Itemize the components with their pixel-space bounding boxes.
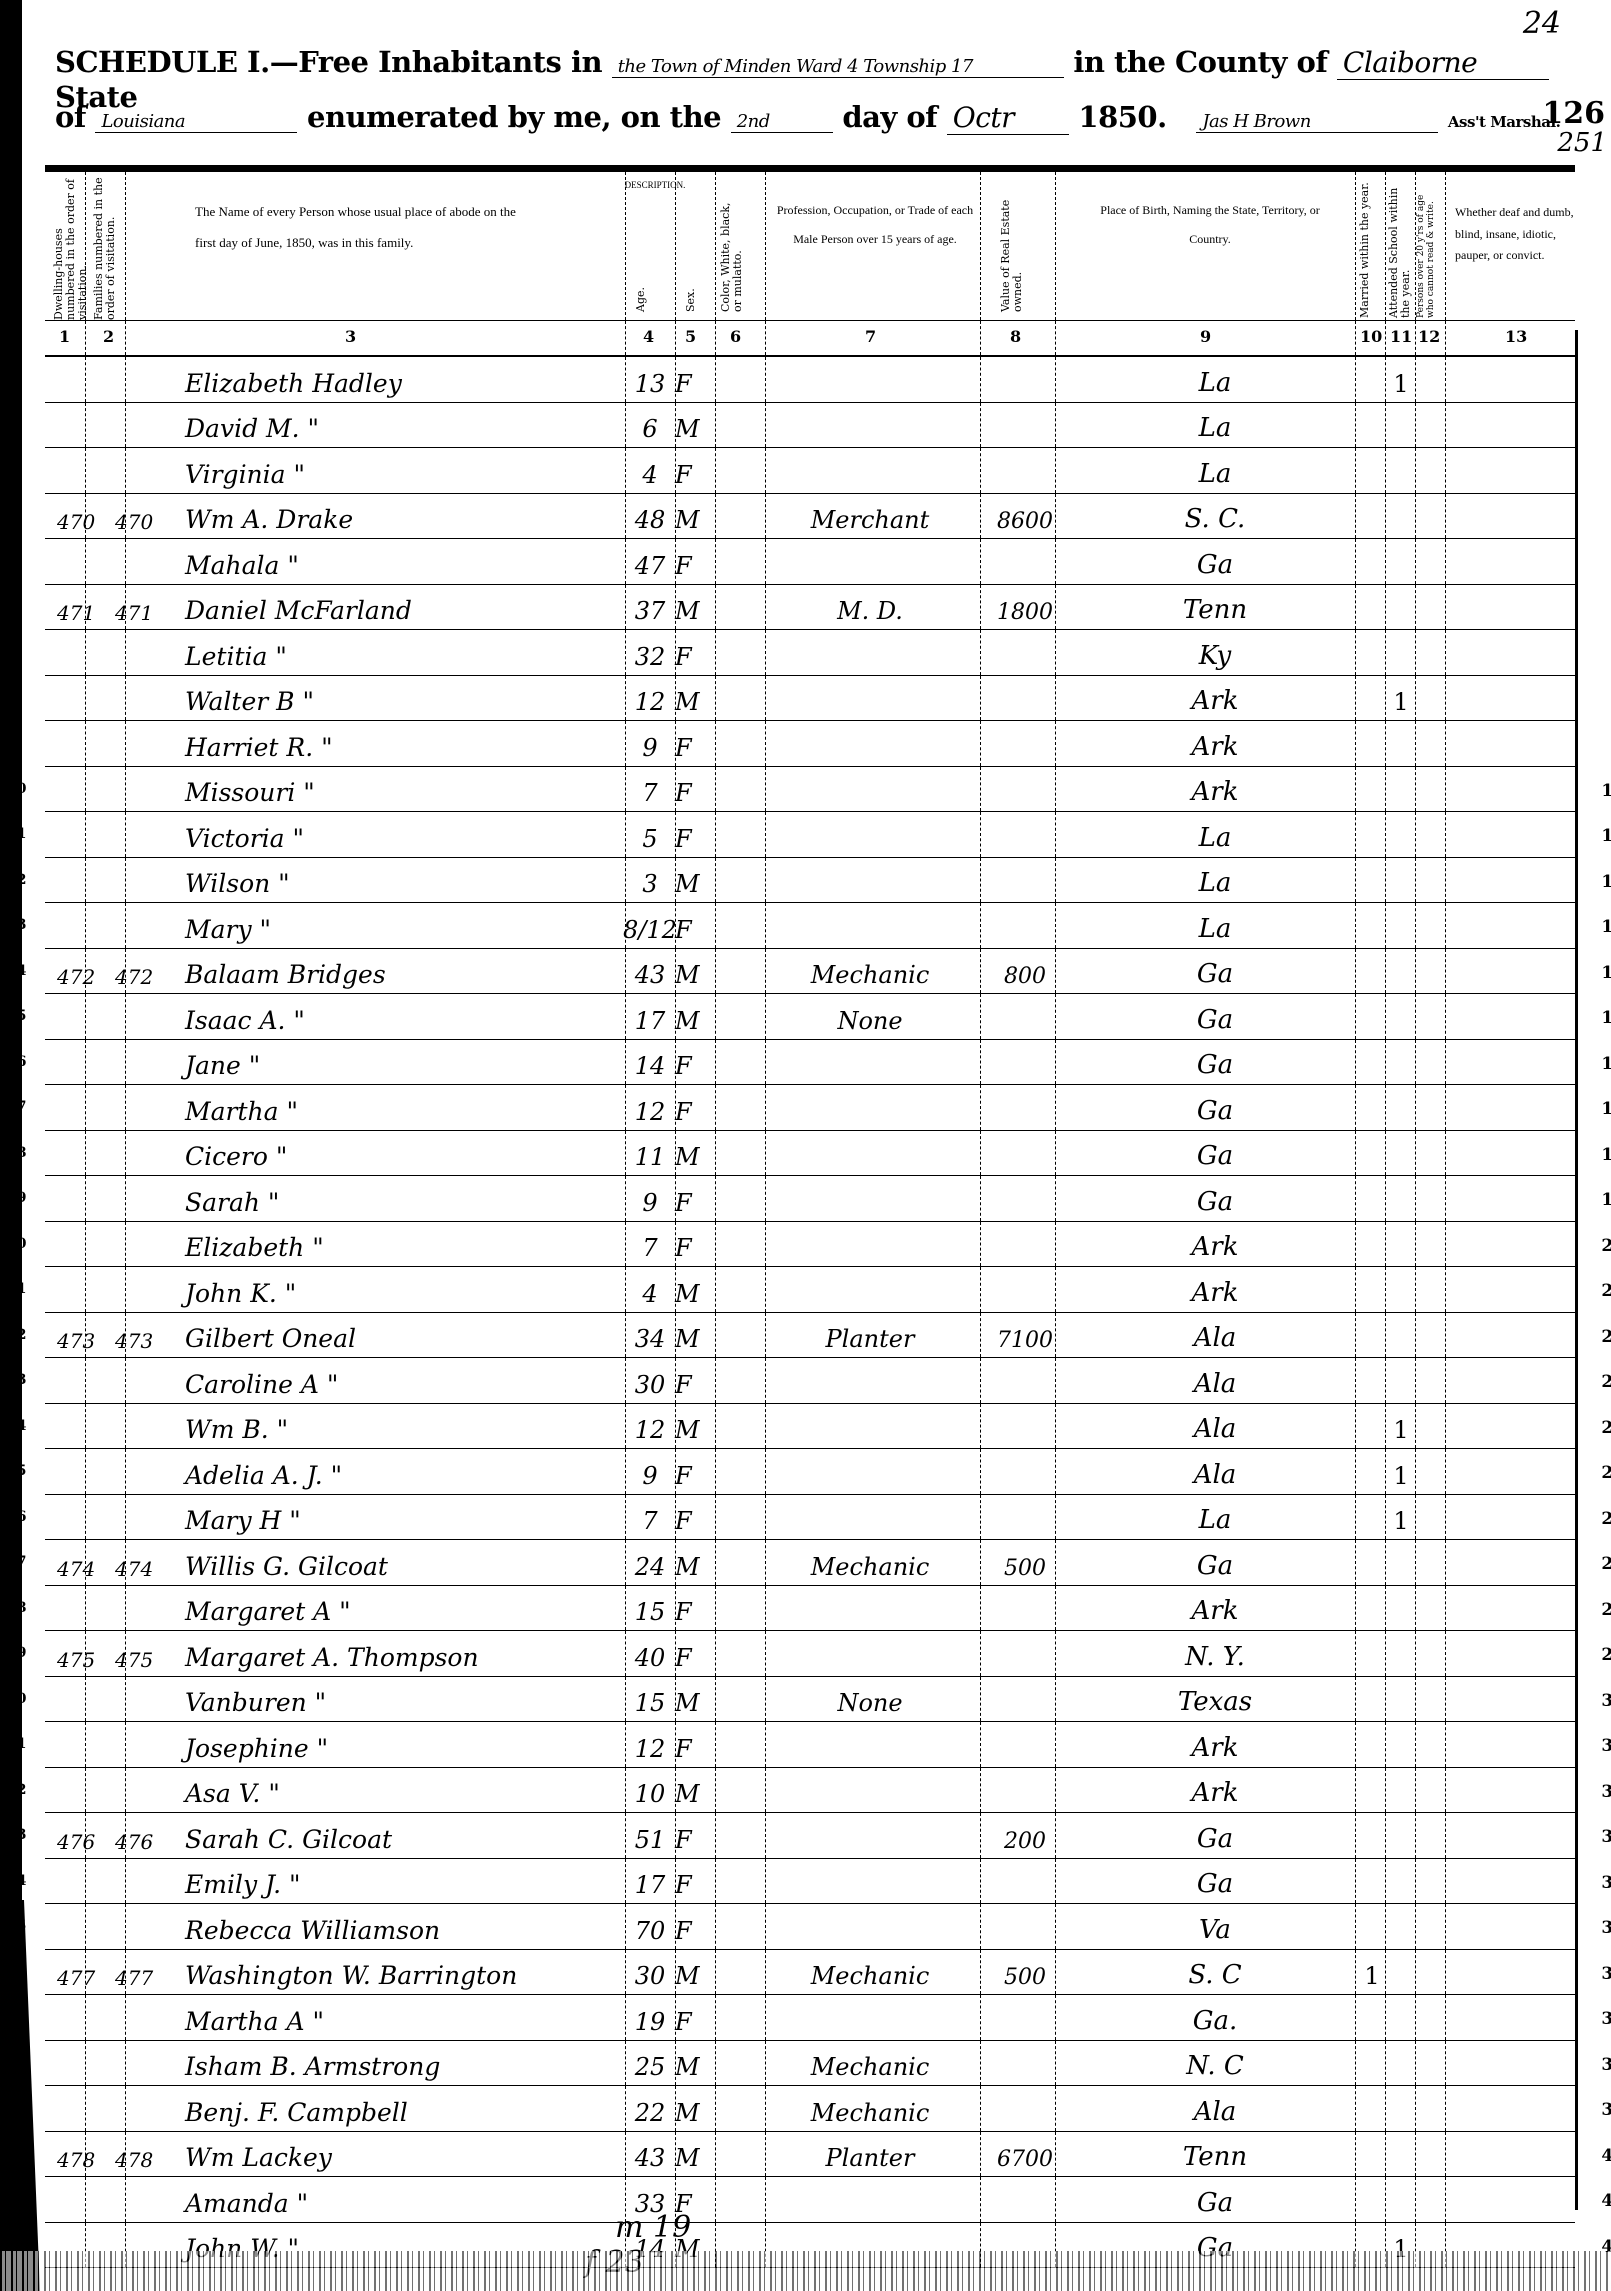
line-number-right: 28	[1601, 1600, 1611, 1620]
line-number-left: 30	[7, 1691, 26, 1707]
dwelling-number: 472	[57, 949, 117, 994]
color	[725, 1859, 765, 1904]
family-number	[115, 1222, 175, 1267]
occupation	[765, 812, 975, 857]
cannot-read-write	[1415, 2132, 1445, 2177]
line-number-right: 27	[1601, 1554, 1611, 1574]
dwelling-number	[57, 630, 117, 675]
condition	[1445, 1449, 1575, 1494]
married-within-year	[1357, 403, 1387, 448]
sex: M	[675, 1267, 725, 1312]
line-number-left: 8	[7, 690, 17, 706]
birthplace: Ga	[1075, 1540, 1355, 1585]
condition	[1445, 1267, 1575, 1312]
birthplace: Ark	[1075, 1267, 1355, 1312]
occupation: Mechanic	[765, 1540, 975, 1585]
birthplace: Ga	[1075, 1813, 1355, 1858]
real-estate-value	[975, 357, 1075, 402]
dwelling-number	[57, 1085, 117, 1130]
occupation: Planter	[765, 2132, 975, 2177]
color	[725, 1950, 765, 1995]
person-name: Amanda "	[185, 2177, 625, 2222]
line-number-right: 26	[1601, 1509, 1611, 1529]
birthplace: Tenn	[1075, 585, 1355, 630]
age: 9	[625, 1449, 675, 1494]
family-number	[115, 2086, 175, 2131]
color	[725, 1404, 765, 1449]
color	[725, 448, 765, 493]
table-row: 2929475475Margaret A. Thompson40FN. Y.	[45, 1631, 1575, 1677]
person-name: Cicero "	[185, 1131, 625, 1176]
marshal-field: Jas H Brown	[1196, 111, 1438, 133]
dwelling-number	[57, 357, 117, 402]
occupation	[765, 403, 975, 448]
person-name: John K. "	[185, 1267, 625, 1312]
occupation	[765, 1040, 975, 1085]
condition	[1445, 1995, 1575, 2040]
line-number-left: 26	[7, 1509, 26, 1525]
attended-school	[1387, 1085, 1415, 1130]
column-number: 7	[865, 327, 876, 346]
column-number: 11	[1390, 327, 1412, 346]
condition	[1445, 1631, 1575, 1676]
family-number: 476	[115, 1813, 175, 1858]
table-row: 77Letitia "32FKy	[45, 630, 1575, 676]
age: 17	[625, 994, 675, 1039]
married-within-year	[1357, 2086, 1387, 2131]
real-estate-value	[975, 1449, 1075, 1494]
line-number-left: 27	[7, 1554, 26, 1570]
age: 24	[625, 1540, 675, 1585]
sex: F	[675, 903, 725, 948]
attended-school	[1387, 2177, 1415, 2222]
table-row: 1919Sarah "9FGa	[45, 1176, 1575, 1222]
occupation	[765, 448, 975, 493]
attended-school	[1387, 1313, 1415, 1358]
color	[725, 494, 765, 539]
occupation	[765, 1586, 975, 1631]
attended-school	[1387, 494, 1415, 539]
birthplace: Ga	[1075, 949, 1355, 994]
age: 30	[625, 1950, 675, 1995]
birthplace: Ala	[1075, 1404, 1355, 1449]
family-number	[115, 1358, 175, 1403]
line-number-right: 20	[1601, 1236, 1611, 1256]
person-name: Josephine "	[185, 1722, 625, 1767]
sex: M	[675, 403, 725, 448]
birthplace: Ark	[1075, 767, 1355, 812]
age: 8/12	[625, 903, 675, 948]
cannot-read-write	[1415, 1950, 1445, 1995]
line-number-left: 11	[7, 826, 26, 842]
line-number-left: 5	[7, 553, 17, 569]
column-number: 8	[1010, 327, 1021, 346]
attended-school	[1387, 1586, 1415, 1631]
cannot-read-write	[1415, 812, 1445, 857]
dwelling-number: 470	[57, 494, 117, 539]
family-number	[115, 1859, 175, 1904]
person-name: Missouri "	[185, 767, 625, 812]
birthplace: Va	[1075, 1904, 1355, 1949]
table-row: 1818Cicero "11MGa	[45, 1131, 1575, 1177]
cannot-read-write	[1415, 448, 1445, 493]
married-within-year	[1357, 1267, 1387, 1312]
family-number	[115, 1404, 175, 1449]
married-within-year	[1357, 1859, 1387, 1904]
age: 7	[625, 767, 675, 812]
color	[725, 1813, 765, 1858]
birthplace: Ark	[1075, 1222, 1355, 1267]
person-name: Elizabeth Hadley	[185, 357, 625, 402]
condition	[1445, 903, 1575, 948]
occupation	[765, 1859, 975, 1904]
condition	[1445, 585, 1575, 630]
real-estate-value	[975, 767, 1075, 812]
real-estate-value: 1800	[975, 585, 1075, 630]
age: 5	[625, 812, 675, 857]
corner-mark: 24	[1523, 6, 1561, 41]
occupation	[765, 858, 975, 903]
color	[725, 2132, 765, 2177]
attended-school	[1387, 1267, 1415, 1312]
cannot-read-write	[1415, 1495, 1445, 1540]
person-name: David M. "	[185, 403, 625, 448]
line-number-right: 32	[1601, 1782, 1611, 1802]
cannot-read-write	[1415, 1222, 1445, 1267]
condition	[1445, 949, 1575, 994]
condition	[1445, 1313, 1575, 1358]
real-estate-value	[975, 812, 1075, 857]
month-field: Octr	[947, 101, 1069, 135]
dwelling-number	[57, 1586, 117, 1631]
sex: F	[675, 1722, 725, 1767]
condition	[1445, 1859, 1575, 1904]
condition	[1445, 539, 1575, 584]
age: 11	[625, 1131, 675, 1176]
real-estate-value: 7100	[975, 1313, 1075, 1358]
condition	[1445, 767, 1575, 812]
column-number: 6	[730, 327, 741, 346]
line-number-right: 21	[1601, 1281, 1611, 1301]
person-name: Wm B. "	[185, 1404, 625, 1449]
birthplace: Ga	[1075, 1859, 1355, 1904]
line-number-left: 39	[7, 2100, 26, 2116]
dwelling-number	[57, 903, 117, 948]
real-estate-value	[975, 1358, 1075, 1403]
line-number-left: 10	[7, 781, 26, 797]
family-number: 474	[115, 1540, 175, 1585]
sex: M	[675, 494, 725, 539]
real-estate-value	[975, 1131, 1075, 1176]
real-estate-value	[975, 1085, 1075, 1130]
condition	[1445, 1677, 1575, 1722]
family-number	[115, 1449, 175, 1494]
condition	[1445, 812, 1575, 857]
real-estate-value	[975, 1222, 1075, 1267]
sex: M	[675, 1131, 725, 1176]
occupation: M. D.	[765, 585, 975, 630]
page-number-handwritten: 251	[1557, 128, 1607, 158]
color	[725, 2041, 765, 2086]
dwelling-number	[57, 1677, 117, 1722]
attended-school	[1387, 1813, 1415, 1858]
age: 43	[625, 949, 675, 994]
attended-school	[1387, 1995, 1415, 2040]
color	[725, 858, 765, 903]
age: 48	[625, 494, 675, 539]
person-name: Wm Lackey	[185, 2132, 625, 2177]
table-row: 44470470Wm A. Drake48MMerchant8600S. C.	[45, 494, 1575, 540]
married-within-year	[1357, 1404, 1387, 1449]
age: 40	[625, 1631, 675, 1676]
married-within-year	[1357, 1222, 1387, 1267]
sex: F	[675, 1859, 725, 1904]
line-number-right: 22	[1601, 1327, 1611, 1347]
table-row: 3232Asa V. "10MArk	[45, 1768, 1575, 1814]
real-estate-value: 500	[975, 1950, 1075, 1995]
condition	[1445, 1358, 1575, 1403]
person-name: Virginia "	[185, 448, 625, 493]
dwelling-number	[57, 1040, 117, 1085]
sex: M	[675, 2132, 725, 2177]
age: 12	[625, 1404, 675, 1449]
sex: M	[675, 2041, 725, 2086]
birthplace: Ga	[1075, 1085, 1355, 1130]
color	[725, 1040, 765, 1085]
line-number-right: 37	[1601, 2009, 1611, 2029]
table-row: 11Elizabeth Hadley13FLa1	[45, 357, 1575, 403]
person-name: Elizabeth "	[185, 1222, 625, 1267]
line-number-left: 36	[7, 1964, 26, 1980]
occupation	[765, 1722, 975, 1767]
person-name: Asa V. "	[185, 1768, 625, 1813]
condition	[1445, 357, 1575, 402]
real-estate-value	[975, 1267, 1075, 1312]
page-number-stamp: 126	[1542, 96, 1605, 131]
birthplace: La	[1075, 1495, 1355, 1540]
condition	[1445, 1950, 1575, 1995]
person-name: Balaam Bridges	[185, 949, 625, 994]
family-number	[115, 994, 175, 1039]
birthplace: Ark	[1075, 1722, 1355, 1767]
line-number-left: 2	[7, 417, 17, 433]
married-within-year	[1357, 2041, 1387, 2086]
family-number: 470	[115, 494, 175, 539]
sex: F	[675, 1586, 725, 1631]
occupation: None	[765, 994, 975, 1039]
dwelling-number	[57, 721, 117, 766]
age: 19	[625, 1995, 675, 2040]
color	[725, 357, 765, 402]
line-number-right: 38	[1601, 2055, 1611, 2075]
attended-school: 1	[1387, 1404, 1415, 1449]
attended-school	[1387, 448, 1415, 493]
attended-school: 1	[1387, 676, 1415, 721]
attended-school	[1387, 812, 1415, 857]
real-estate-value	[975, 448, 1075, 493]
real-estate-value	[975, 2177, 1075, 2222]
dwelling-number: 471	[57, 585, 117, 630]
sex: F	[675, 1995, 725, 2040]
family-number	[115, 1495, 175, 1540]
column-number: 4	[643, 327, 654, 346]
table-row: 2525Adelia A. J. "9FAla1	[45, 1449, 1575, 1495]
cannot-read-write	[1415, 2041, 1445, 2086]
person-name: Sarah "	[185, 1176, 625, 1221]
condition	[1445, 721, 1575, 766]
family-number	[115, 1040, 175, 1085]
table-row: 22David M. "6MLa	[45, 403, 1575, 449]
person-name: Vanburen "	[185, 1677, 625, 1722]
birthplace: Ky	[1075, 630, 1355, 675]
line-number-left: 22	[7, 1327, 26, 1343]
line-number-left: 13	[7, 917, 26, 933]
color	[725, 812, 765, 857]
line-number-right: 41	[1601, 2191, 1611, 2211]
line-number-left: 17	[7, 1099, 26, 1115]
line-number-left: 1	[7, 371, 17, 387]
col-color-header: Color, White, black, or mulatto.	[720, 192, 760, 312]
color	[725, 676, 765, 721]
real-estate-value	[975, 721, 1075, 766]
column-number: 3	[345, 327, 356, 346]
color	[725, 1904, 765, 1949]
sex: F	[675, 1449, 725, 1494]
family-number: 475	[115, 1631, 175, 1676]
attended-school: 1	[1387, 357, 1415, 402]
age: 7	[625, 1495, 675, 1540]
family-number	[115, 721, 175, 766]
line-number-left: 7	[7, 644, 17, 660]
family-number	[115, 676, 175, 721]
age: 70	[625, 1904, 675, 1949]
married-within-year	[1357, 1085, 1387, 1130]
occupation	[765, 1267, 975, 1312]
person-name: Daniel McFarland	[185, 585, 625, 630]
birthplace: Tenn	[1075, 2132, 1355, 2177]
color	[725, 903, 765, 948]
real-estate-value	[975, 903, 1075, 948]
occupation	[765, 1995, 975, 2040]
line-number-left: 19	[7, 1190, 26, 1206]
col-dwelling-header: Dwelling-houses numbered in the order of…	[53, 172, 81, 320]
occupation	[765, 1813, 975, 1858]
line-number-right: 10	[1601, 781, 1611, 801]
attended-school	[1387, 1358, 1415, 1403]
line-number-left: 4	[7, 508, 17, 524]
married-within-year	[1357, 812, 1387, 857]
age: 10	[625, 1768, 675, 1813]
age: 34	[625, 1313, 675, 1358]
married-within-year	[1357, 357, 1387, 402]
person-name: Margaret A. Thompson	[185, 1631, 625, 1676]
cannot-read-write	[1415, 858, 1445, 903]
table-row: 1414472472Balaam Bridges43MMechanic800Ga	[45, 949, 1575, 995]
state-field: Louisiana	[95, 111, 297, 133]
birthplace: Ark	[1075, 676, 1355, 721]
dwelling-number	[57, 2177, 117, 2222]
line-number-left: 31	[7, 1736, 26, 1752]
person-name: Harriet R. "	[185, 721, 625, 766]
col-age-header: Age.	[635, 252, 655, 312]
age: 25	[625, 2041, 675, 2086]
occupation	[765, 1222, 975, 1267]
sex: F	[675, 357, 725, 402]
table-row: 4040478478Wm Lackey43MPlanter6700Tenn	[45, 2132, 1575, 2178]
birthplace: La	[1075, 357, 1355, 402]
dwelling-number: 476	[57, 1813, 117, 1858]
real-estate-value	[975, 1176, 1075, 1221]
color	[725, 1085, 765, 1130]
sex: F	[675, 1040, 725, 1085]
color	[725, 767, 765, 812]
line-number-left: 3	[7, 462, 17, 478]
cannot-read-write	[1415, 1722, 1445, 1767]
cannot-read-write	[1415, 949, 1445, 994]
birthplace: Ga.	[1075, 1995, 1355, 2040]
color	[725, 585, 765, 630]
married-within-year	[1357, 2132, 1387, 2177]
person-name: Gilbert Oneal	[185, 1313, 625, 1358]
real-estate-value	[975, 1722, 1075, 1767]
occupation	[765, 539, 975, 584]
column-number: 1	[59, 327, 70, 346]
sex: F	[675, 767, 725, 812]
person-name: Rebecca Williamson	[185, 1904, 625, 1949]
occupation	[765, 1904, 975, 1949]
column-number: 12	[1418, 327, 1440, 346]
cannot-read-write	[1415, 1768, 1445, 1813]
sex: F	[675, 539, 725, 584]
age: 30	[625, 1358, 675, 1403]
birthplace: La	[1075, 448, 1355, 493]
sex: F	[675, 721, 725, 766]
year: 1850.	[1078, 100, 1166, 134]
person-name: Isham B. Armstrong	[185, 2041, 625, 2086]
condition	[1445, 1904, 1575, 1949]
table-row: 2727474474Willis G. Gilcoat24MMechanic50…	[45, 1540, 1575, 1586]
age: 12	[625, 1722, 675, 1767]
scan-edge-bottom	[0, 1900, 40, 2291]
age: 22	[625, 2086, 675, 2131]
table-row: 3636477477Washington W. Barrington30MMec…	[45, 1950, 1575, 1996]
person-name: Victoria "	[185, 812, 625, 857]
condition	[1445, 1540, 1575, 1585]
real-estate-value	[975, 1404, 1075, 1449]
cannot-read-write	[1415, 1586, 1445, 1631]
cannot-read-write	[1415, 494, 1445, 539]
attended-school	[1387, 1950, 1415, 1995]
occupation: Planter	[765, 1313, 975, 1358]
attended-school: 1	[1387, 1495, 1415, 1540]
occupation: Mechanic	[765, 2041, 975, 2086]
sex: M	[675, 994, 725, 1039]
birthplace: Ga	[1075, 1131, 1355, 1176]
real-estate-value	[975, 403, 1075, 448]
birthplace: La	[1075, 858, 1355, 903]
table-row: 2020Elizabeth "7FArk	[45, 1222, 1575, 1268]
table-row: 3838Isham B. Armstrong25MMechanicN. C	[45, 2041, 1575, 2087]
dwelling-number	[57, 858, 117, 903]
color	[725, 403, 765, 448]
occupation	[765, 630, 975, 675]
dwelling-number	[57, 1267, 117, 1312]
attended-school	[1387, 767, 1415, 812]
real-estate-value: 500	[975, 1540, 1075, 1585]
birthplace: N. C	[1075, 2041, 1355, 2086]
family-number	[115, 1995, 175, 2040]
cannot-read-write	[1415, 1813, 1445, 1858]
